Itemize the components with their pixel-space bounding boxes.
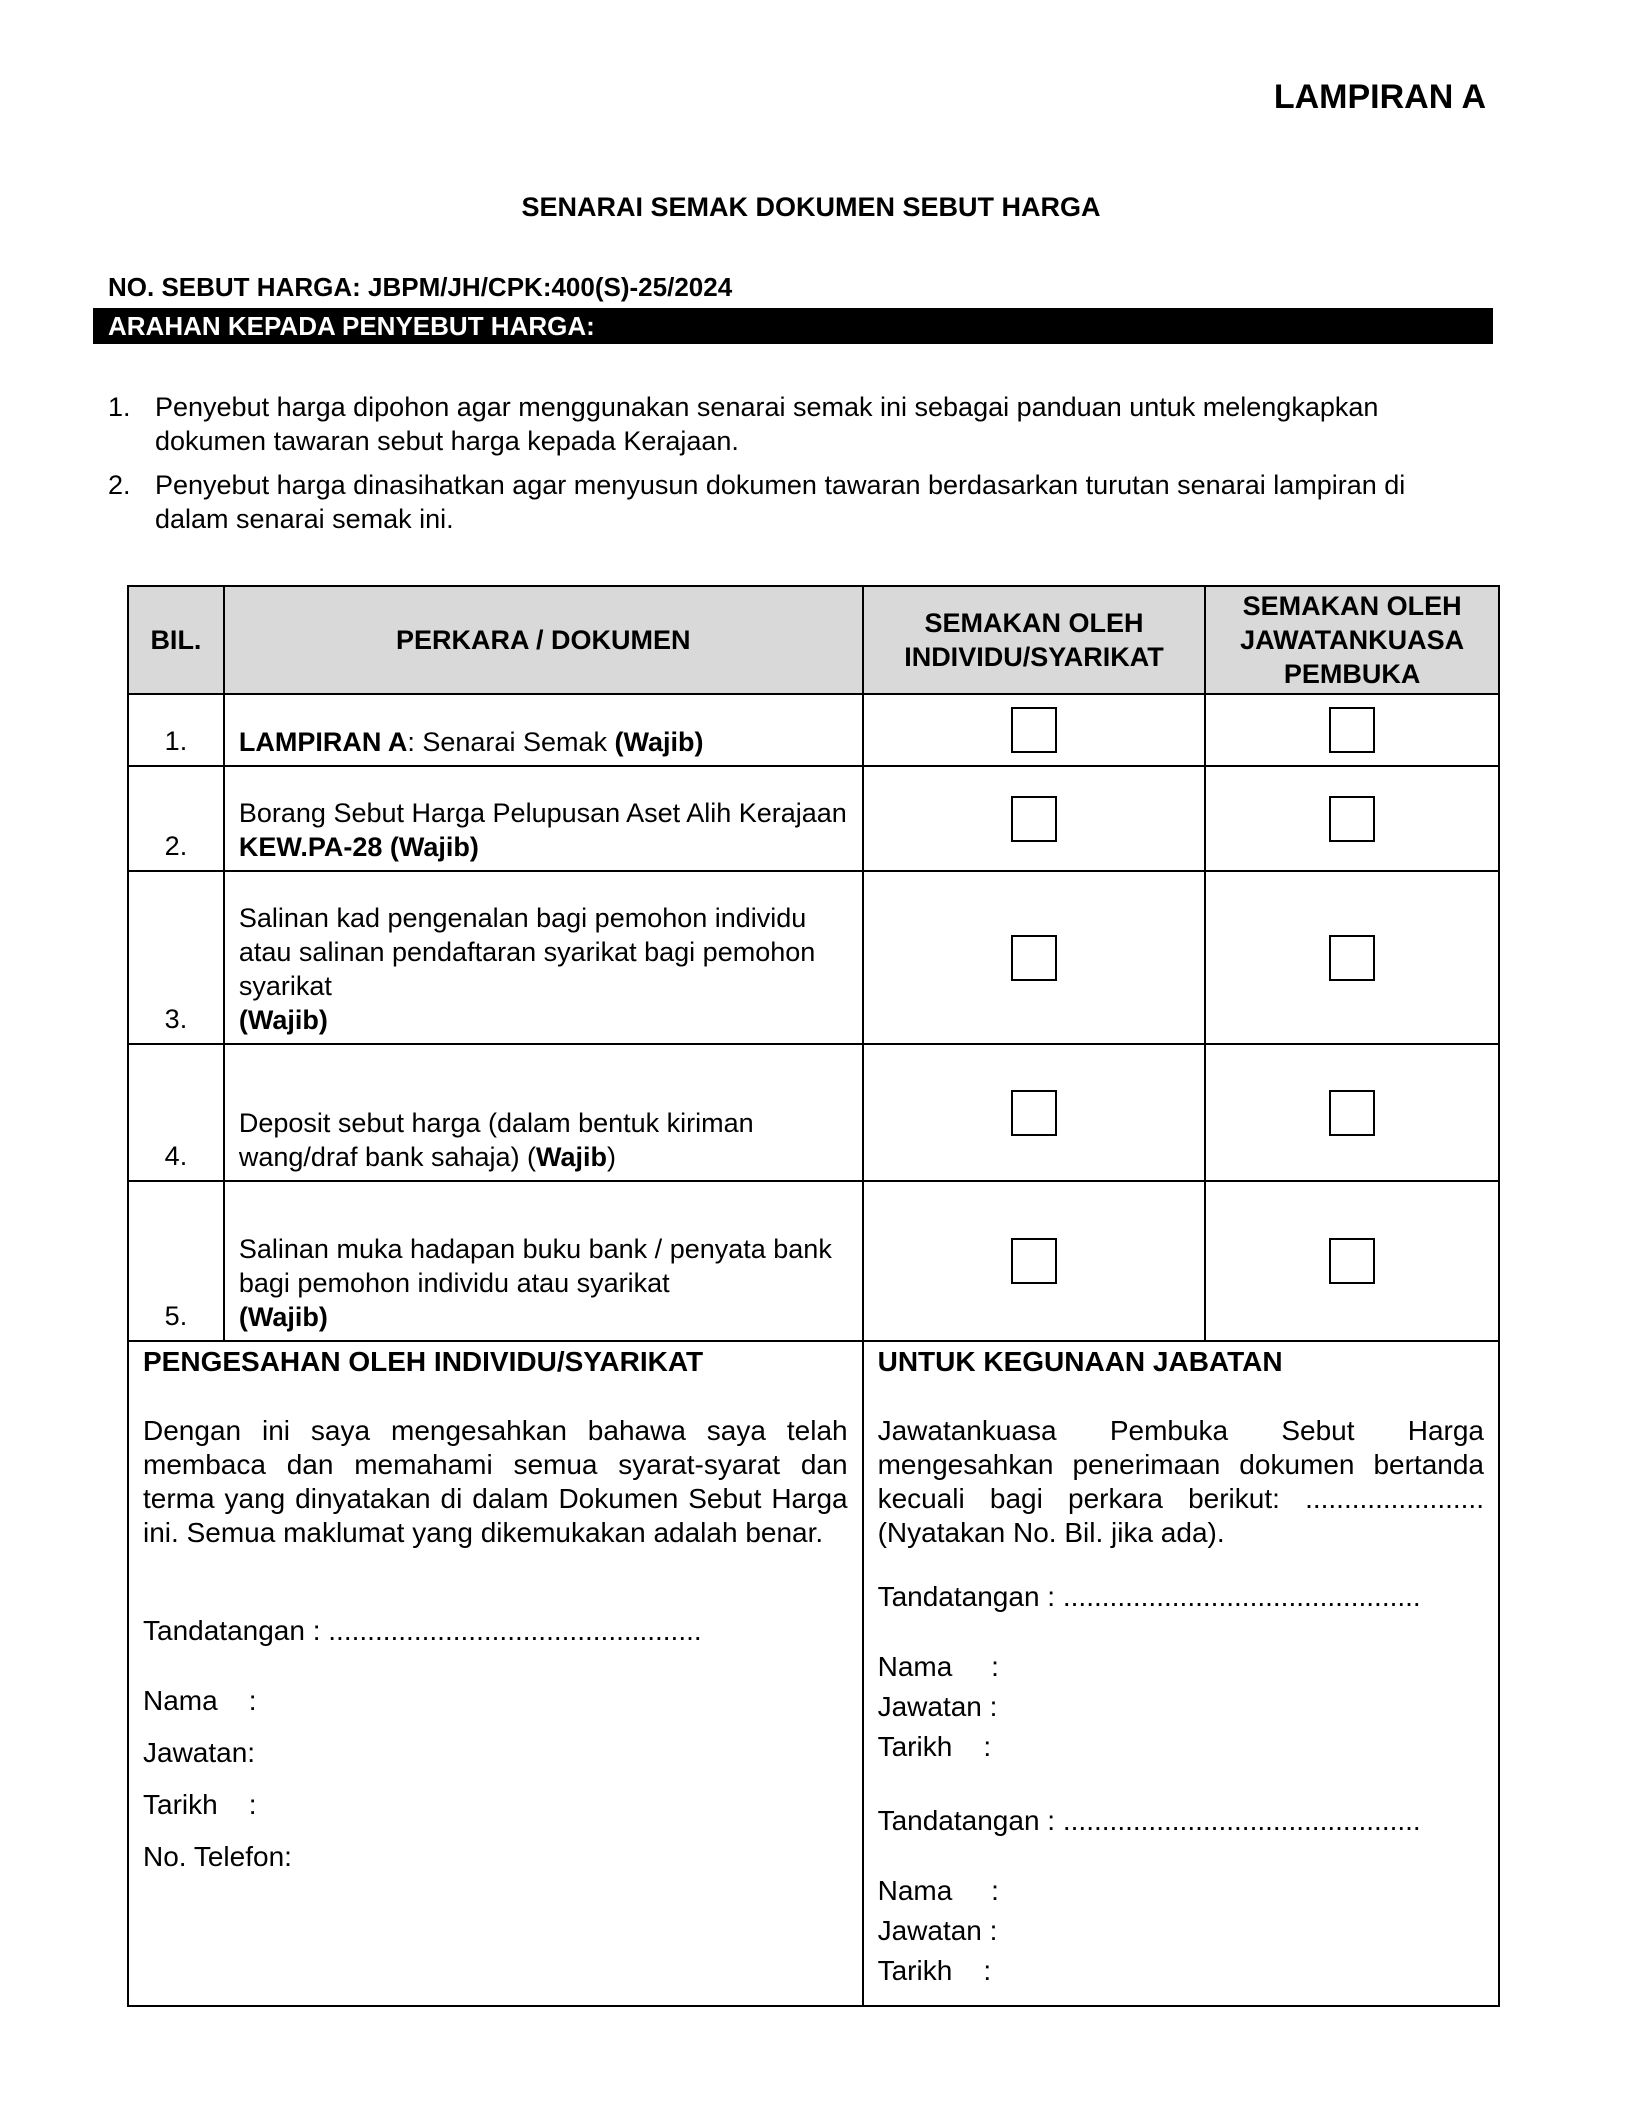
checkbox-individu[interactable]	[1011, 707, 1057, 753]
checklist-table: BIL. PERKARA / DOKUMEN SEMAKAN OLEH INDI…	[127, 585, 1500, 2007]
table-row: 1.LAMPIRAN A: Senarai Semak (Wajib)	[128, 694, 1499, 766]
row-number: 2.	[128, 766, 224, 871]
check-cell-individu	[863, 1181, 1206, 1341]
jabatan-tarikh-field-2[interactable]: Tarikh :	[878, 1954, 1484, 1988]
table-row: 2.Borang Sebut Harga Pelupusan Aset Alih…	[128, 766, 1499, 871]
checkbox-jawatankuasa[interactable]	[1329, 1090, 1375, 1136]
quotation-reference: NO. SEBUT HARGA: JBPM/JH/CPK:400(S)-25/2…	[108, 272, 732, 303]
checkbox-jawatankuasa[interactable]	[1329, 707, 1375, 753]
checkbox-individu[interactable]	[1011, 796, 1057, 842]
jabatan-heading: UNTUK KEGUNAAN JABATAN	[878, 1342, 1484, 1382]
check-cell-jawatankuasa	[1205, 1044, 1499, 1181]
instruction-text: Penyebut harga dinasihatkan agar menyusu…	[155, 468, 1448, 536]
pengesahan-tarikh-field[interactable]: Tarikh :	[143, 1788, 848, 1822]
instruction-number: 1.	[108, 390, 155, 458]
checkbox-individu[interactable]	[1011, 1090, 1057, 1136]
instruction-number: 2.	[108, 468, 155, 536]
row-number: 5.	[128, 1181, 224, 1341]
document-description: Salinan kad pengenalan bagi pemohon indi…	[224, 871, 863, 1044]
pengesahan-nama-field[interactable]: Nama :	[143, 1684, 848, 1718]
check-cell-individu	[863, 766, 1206, 871]
pengesahan-section: PENGESAHAN OLEH INDIVIDU/SYARIKAT Dengan…	[128, 1341, 863, 2006]
table-row: 3.Salinan kad pengenalan bagi pemohon in…	[128, 871, 1499, 1044]
jabatan-section: UNTUK KEGUNAAN JABATAN Jawatankuasa Pemb…	[863, 1341, 1499, 2006]
checkbox-jawatankuasa[interactable]	[1329, 1238, 1375, 1284]
jabatan-statement: Jawatankuasa Pembuka Sebut Harga mengesa…	[878, 1414, 1484, 1550]
instruction-heading-bar: ARAHAN KEPADA PENYEBUT HARGA:	[93, 308, 1493, 344]
jabatan-signature-field-1[interactable]: Tandatangan : ..........................…	[878, 1580, 1484, 1614]
pengesahan-statement: Dengan ini saya mengesahkan bahawa saya …	[143, 1414, 848, 1550]
pengesahan-jawatan-field[interactable]: Jawatan:	[143, 1736, 848, 1770]
check-cell-individu	[863, 1044, 1206, 1181]
row-number: 3.	[128, 871, 224, 1044]
jabatan-tarikh-field-1[interactable]: Tarikh :	[878, 1730, 1484, 1764]
document-description: Salinan muka hadapan buku bank / penyata…	[224, 1181, 863, 1341]
instruction-item: 2. Penyebut harga dinasihatkan agar meny…	[108, 468, 1448, 536]
check-cell-jawatankuasa	[1205, 1181, 1499, 1341]
jabatan-nama-field-1[interactable]: Nama :	[878, 1650, 1484, 1684]
instruction-list: 1. Penyebut harga dipohon agar menggunak…	[108, 390, 1448, 546]
header-bil: BIL.	[128, 586, 224, 694]
instruction-text: Penyebut harga dipohon agar menggunakan …	[155, 390, 1448, 458]
pengesahan-signature-field[interactable]: Tandatangan : ..........................…	[143, 1614, 848, 1648]
header-perkara: PERKARA / DOKUMEN	[224, 586, 863, 694]
checkbox-jawatankuasa[interactable]	[1329, 796, 1375, 842]
table-row: 5.Salinan muka hadapan buku bank / penya…	[128, 1181, 1499, 1341]
instruction-item: 1. Penyebut harga dipohon agar menggunak…	[108, 390, 1448, 458]
page-title: SENARAI SEMAK DOKUMEN SEBUT HARGA	[0, 192, 1632, 223]
header-semakan-jawatankuasa: SEMAKAN OLEH JAWATANKUASA PEMBUKA	[1205, 586, 1499, 694]
check-cell-jawatankuasa	[1205, 766, 1499, 871]
check-cell-jawatankuasa	[1205, 871, 1499, 1044]
confirmation-row: PENGESAHAN OLEH INDIVIDU/SYARIKAT Dengan…	[128, 1341, 1499, 2006]
checkbox-jawatankuasa[interactable]	[1329, 935, 1375, 981]
jabatan-jawatan-field-1[interactable]: Jawatan :	[878, 1690, 1484, 1724]
pengesahan-telefon-field[interactable]: No. Telefon:	[143, 1840, 848, 1874]
checkbox-individu[interactable]	[1011, 935, 1057, 981]
check-cell-jawatankuasa	[1205, 694, 1499, 766]
checkbox-individu[interactable]	[1011, 1238, 1057, 1284]
jabatan-nama-field-2[interactable]: Nama :	[878, 1874, 1484, 1908]
row-number: 1.	[128, 694, 224, 766]
pengesahan-heading: PENGESAHAN OLEH INDIVIDU/SYARIKAT	[143, 1342, 848, 1382]
jabatan-signature-field-2[interactable]: Tandatangan : ..........................…	[878, 1804, 1484, 1838]
table-row: 4.Deposit sebut harga (dalam bentuk kiri…	[128, 1044, 1499, 1181]
table-header-row: BIL. PERKARA / DOKUMEN SEMAKAN OLEH INDI…	[128, 586, 1499, 694]
header-semakan-individu: SEMAKAN OLEH INDIVIDU/SYARIKAT	[863, 586, 1206, 694]
check-cell-individu	[863, 694, 1206, 766]
check-cell-individu	[863, 871, 1206, 1044]
document-description: Borang Sebut Harga Pelupusan Aset Alih K…	[224, 766, 863, 871]
jabatan-jawatan-field-2[interactable]: Jawatan :	[878, 1914, 1484, 1948]
row-number: 4.	[128, 1044, 224, 1181]
document-description: Deposit sebut harga (dalam bentuk kirima…	[224, 1044, 863, 1181]
annex-label: LAMPIRAN A	[1274, 78, 1486, 117]
document-description: LAMPIRAN A: Senarai Semak (Wajib)	[224, 694, 863, 766]
